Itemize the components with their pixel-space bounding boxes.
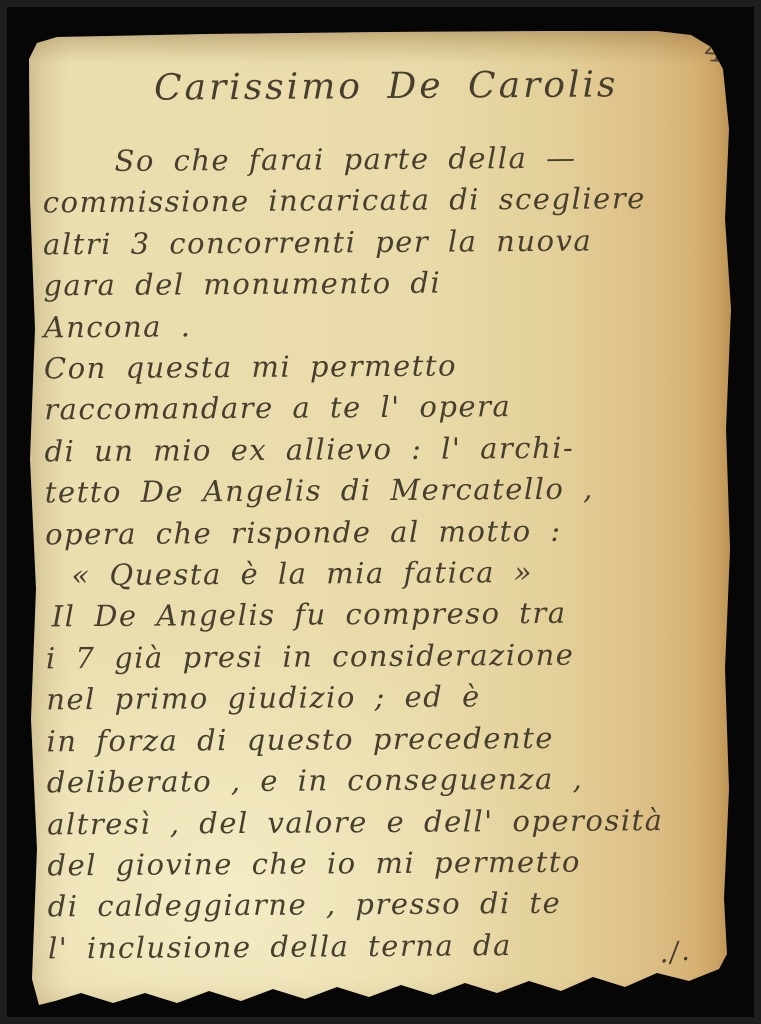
letter-line: l' inclusione della terna da <box>42 923 734 969</box>
letter-page: 4 Carissimo De Carolis So che farai part… <box>27 29 743 1013</box>
letter-line: Il De Angelis fu compreso tra <box>40 592 732 638</box>
letter-line: deliberato , e in conseguenza , <box>41 758 733 804</box>
letter-line: altresì , del valore e dell' operosità <box>41 799 733 845</box>
letter-line: tetto De Angelis di Mercatello , <box>39 468 731 514</box>
letter-line: So che farai parte della — <box>36 137 728 183</box>
letter-line: raccomandare a te l' opera <box>38 385 730 431</box>
letter-body: Carissimo De Carolis So che farai parte … <box>36 61 734 970</box>
letter-line: in forza di questo precedente <box>40 716 732 762</box>
letter-line-motto: « Questa è la mia fatica » <box>39 551 731 597</box>
continuation-mark: ./. <box>658 937 693 967</box>
letter-line: i 7 già presi in considerazione <box>40 633 732 679</box>
letter-line: Ancona . <box>38 302 730 348</box>
letter-line: del giovine che io mi permetto <box>41 840 733 886</box>
salutation: Carissimo De Carolis <box>154 61 728 113</box>
letter-line: altri 3 concorrenti per la nuova <box>37 219 729 265</box>
letter-line: opera che risponde al motto : <box>39 509 731 555</box>
letter-line: di caldeggiarne , presso di te <box>42 882 734 928</box>
letter-line: commissione incaricata di scegliere <box>37 178 729 224</box>
letter-line: Con questa mi permetto <box>38 344 730 390</box>
letter-line: di un mio ex allievo : l' archi- <box>38 426 730 472</box>
photo-frame: 4 Carissimo De Carolis So che farai part… <box>0 0 761 1024</box>
letter-line: nel primo giudizio ; ed è <box>40 675 732 721</box>
letter-line: gara del monumento di <box>37 261 729 307</box>
